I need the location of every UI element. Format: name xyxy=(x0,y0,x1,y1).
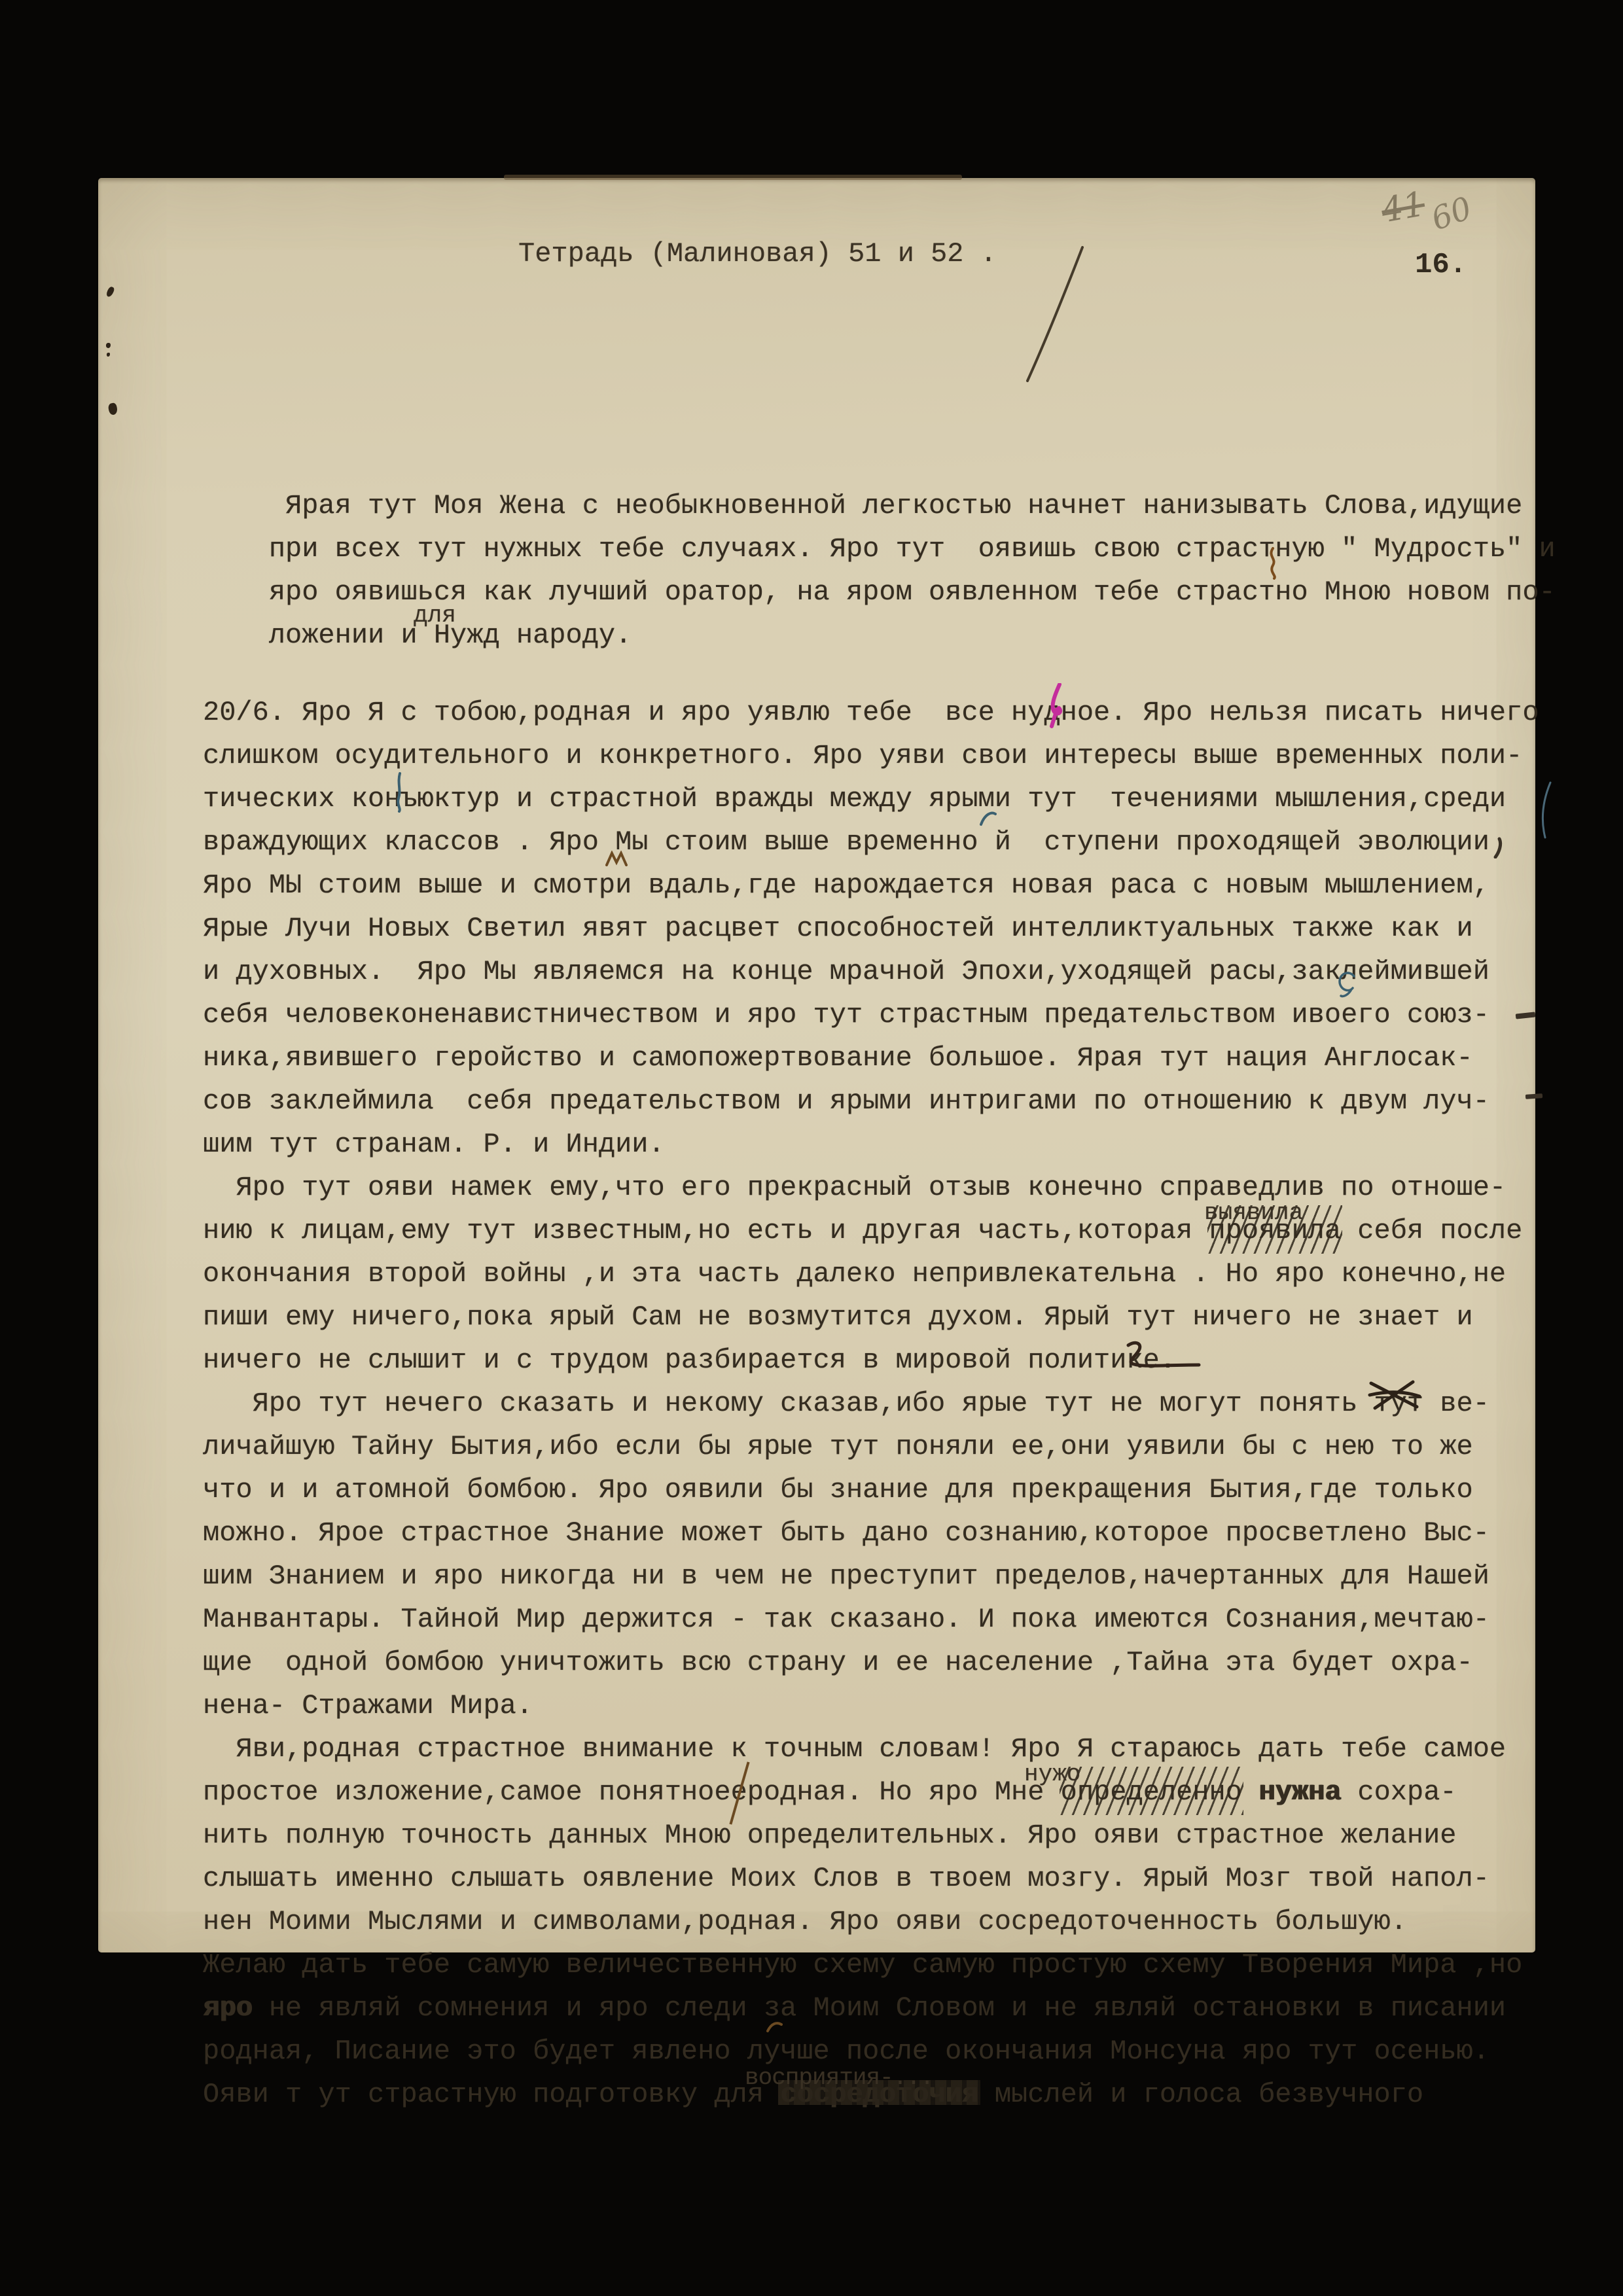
text-line: нен Моими Мыслями и символами,родная. Яр… xyxy=(203,1900,1623,1943)
text-line: что и и атомной бомбою. Яро оявили бы зн… xyxy=(203,1468,1623,1511)
text-line: можно. Ярое страстное Знание может быть … xyxy=(203,1511,1623,1555)
typewritten-text: Ярая тут Моя Жена с необыкновенной легко… xyxy=(203,484,1623,2116)
overstruck-word: нужна xyxy=(1258,1776,1341,1808)
scan-background: { "page": {"background": "#070605", "pap… xyxy=(0,0,1623,2296)
text-line: Ярая тут Моя Жена с необыкновенной легко… xyxy=(203,484,1623,527)
struck-word: определенно xyxy=(1061,1771,1242,1814)
text-line: Яро МЫ стоим выше и смотри вдаль,где нар… xyxy=(203,864,1623,907)
ink-blot xyxy=(105,286,115,298)
text-line: Желаю дать тебе самую величественную схе… xyxy=(203,1943,1623,1987)
document-title: Тетрадь (Малиновая) 51 и 52 . xyxy=(518,238,997,270)
text-line: ника,явившего геройство и самопожертвова… xyxy=(203,1036,1623,1080)
text-line: тических конъюктур и страстной вражды ме… xyxy=(203,777,1623,821)
pencil-number-crossed: 41 xyxy=(1378,185,1428,231)
text-line: при всех тут нужных тебе случаях. Яро ту… xyxy=(203,527,1623,571)
pen-stroke-through-51 xyxy=(1014,242,1099,386)
typed-insertion-dlya: для xyxy=(414,594,456,637)
text-line: слышать именно слышать оявление Моих Сло… xyxy=(203,1857,1623,1900)
text-line: Яро тут ояви намек ему,что его прекрасны… xyxy=(203,1166,1623,1209)
text-line: нить полную точность данных Мною определ… xyxy=(203,1814,1623,1857)
typed-insertion-vyavila: выявила xyxy=(1204,1192,1303,1235)
manuscript-paper: 4160 Тетрадь (Малиновая) 51 и 52 . 16. Я… xyxy=(98,178,1535,1952)
overstruck-word: яро xyxy=(203,1992,253,2024)
text-line: себя человеконенавистничеством и яро тут… xyxy=(203,993,1623,1036)
text-line: нена- Стражами Мира. xyxy=(203,1684,1623,1727)
text-line: Ояви т ут страстную подготовку для сосре… xyxy=(203,2073,1623,2116)
text-line: ничего не слышит и с трудом разбирается … xyxy=(203,1339,1623,1382)
typed-insertion-vospriyatiya: восприятия-... xyxy=(745,2057,933,2100)
pencil-annotation: 4160 xyxy=(1378,173,1468,232)
margin-tick xyxy=(1525,1093,1543,1099)
text-line: ложении и Нужд народу. для xyxy=(203,614,1623,657)
ink-blot xyxy=(107,402,118,415)
ink-blot xyxy=(106,343,111,348)
text-line: сов заклеймила себя предательством и яры… xyxy=(203,1080,1623,1123)
text-line: личайшую Тайну Бытия,ибо если бы ярые ту… xyxy=(203,1425,1623,1468)
text-line: враждующих классов . Яро Мы стоим выше в… xyxy=(203,821,1623,864)
text-line: окончания второй войны ,и эта часть дале… xyxy=(203,1252,1623,1296)
text-line: щие одной бомбою уничтожить всю страну и… xyxy=(203,1641,1623,1684)
text-line: слишком осудительного и конкретного. Яро… xyxy=(203,734,1623,777)
text-line: Яро тут нечего сказать и некому сказав,и… xyxy=(203,1382,1623,1425)
text-line: Яви,родная страстное внимание к точным с… xyxy=(203,1727,1623,1771)
text-line: шим Знанием и яро никогда ни в чем не пр… xyxy=(203,1555,1623,1598)
overtyped-char: е xyxy=(731,1771,747,1814)
text-line: 20/6. Яро Я с тобою,родная и яро уявлю т… xyxy=(203,691,1623,734)
handwritten-comma xyxy=(1493,836,1505,858)
text-line: пиши ему ничего,пока ярый Сам не возмути… xyxy=(203,1296,1623,1339)
text-line: шим тут странам. Р. и Индии. xyxy=(203,1123,1623,1166)
text-line: и духовных. Яро Мы являемся на конце мра… xyxy=(203,950,1623,993)
text-line: Ярые Лучи Новых Светил явят расцвет спос… xyxy=(203,907,1623,950)
text-line: яро не являй сомнения и яро следи за Мои… xyxy=(203,1987,1623,2030)
paper-torn-edge xyxy=(504,175,962,180)
text-line: простое изложение,самое понятноееродная.… xyxy=(203,1771,1623,1814)
text-line: нию к лицам,ему тут известным,но есть и … xyxy=(203,1209,1623,1252)
pencil-number: 60 xyxy=(1427,190,1477,238)
margin-tick xyxy=(1516,1012,1536,1019)
page-number: 16. xyxy=(1415,249,1467,281)
paragraph-gap xyxy=(203,657,1623,691)
typed-insertion-nuzho: нужо xyxy=(1024,1753,1080,1796)
text-line: Манвантары. Тайной Мир держится - так ск… xyxy=(203,1598,1623,1641)
